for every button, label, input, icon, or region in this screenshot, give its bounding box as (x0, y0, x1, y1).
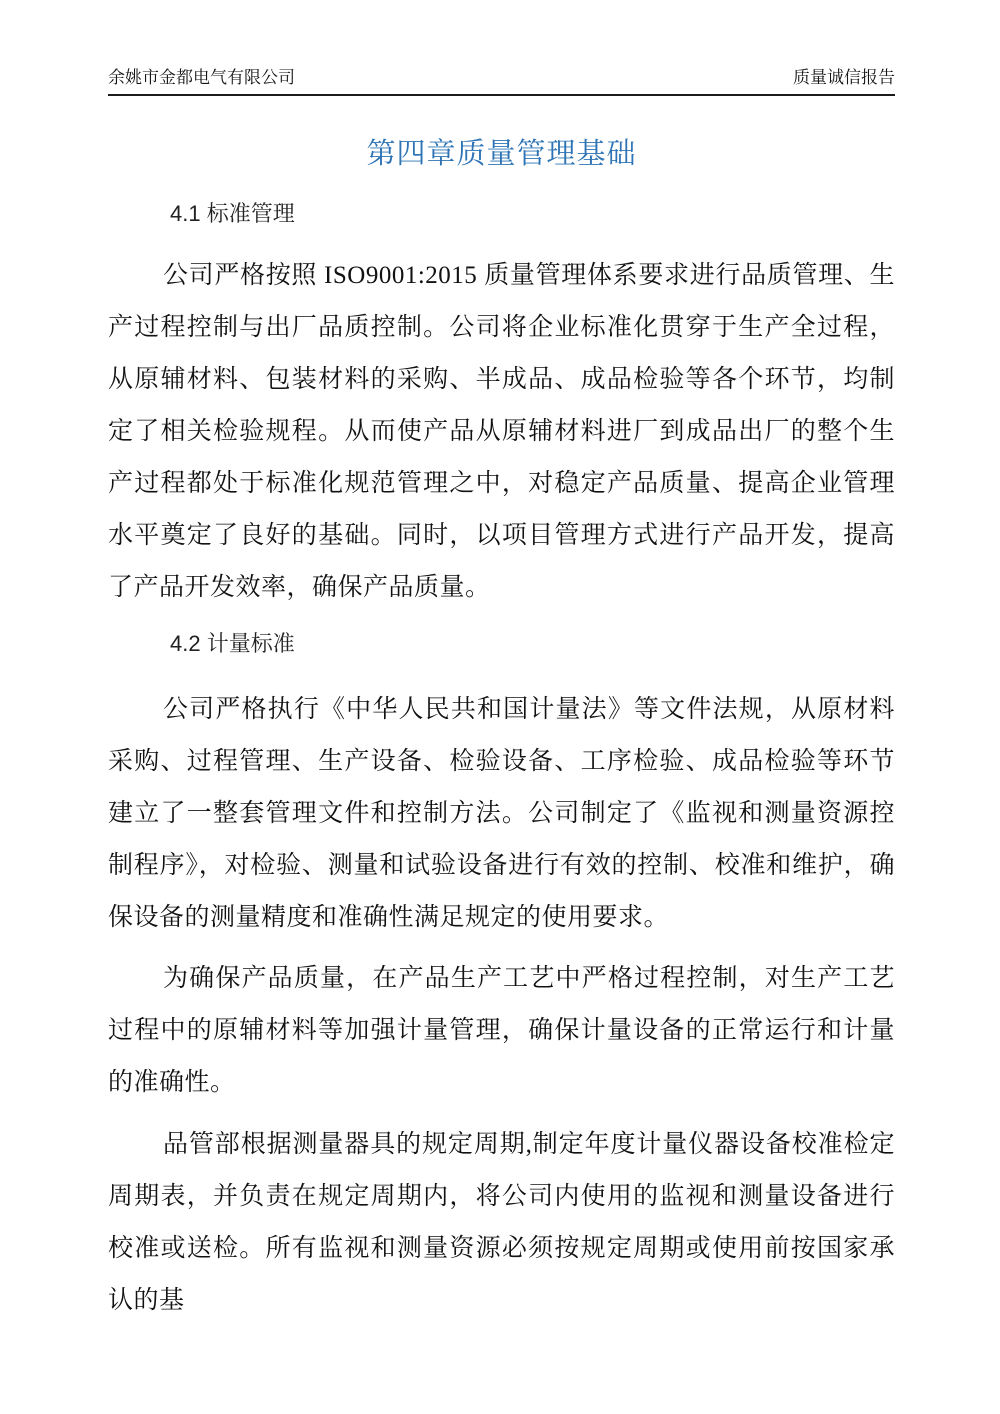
section-heading-4-2: 4.2 计量标准 (108, 628, 895, 660)
body-paragraph: 公司严格执行《中华人民共和国计量法》等文件法规，从原材料采购、过程管理、生产设备… (108, 684, 895, 944)
document-page: 余姚市金都电气有限公司 质量诚信报告 第四章质量管理基础 4.1 标准管理 公司… (0, 0, 1000, 1414)
header-report-title: 质量诚信报告 (793, 66, 895, 90)
header-company-name: 余姚市金都电气有限公司 (108, 66, 295, 90)
chapter-title: 第四章质量管理基础 (108, 134, 895, 174)
page-header: 余姚市金都电气有限公司 质量诚信报告 (108, 66, 895, 96)
section-heading-4-1: 4.1 标准管理 (108, 198, 895, 230)
body-paragraph: 品管部根据测量器具的规定周期,制定年度计量仪器设备校准检定周期表，并负责在规定周… (108, 1119, 895, 1327)
body-paragraph: 公司严格按照 ISO9001:2015 质量管理体系要求进行品质管理、生产过程控… (108, 250, 895, 614)
body-paragraph: 为确保产品质量，在产品生产工艺中严格过程控制，对生产工艺过程中的原辅材料等加强计… (108, 953, 895, 1109)
